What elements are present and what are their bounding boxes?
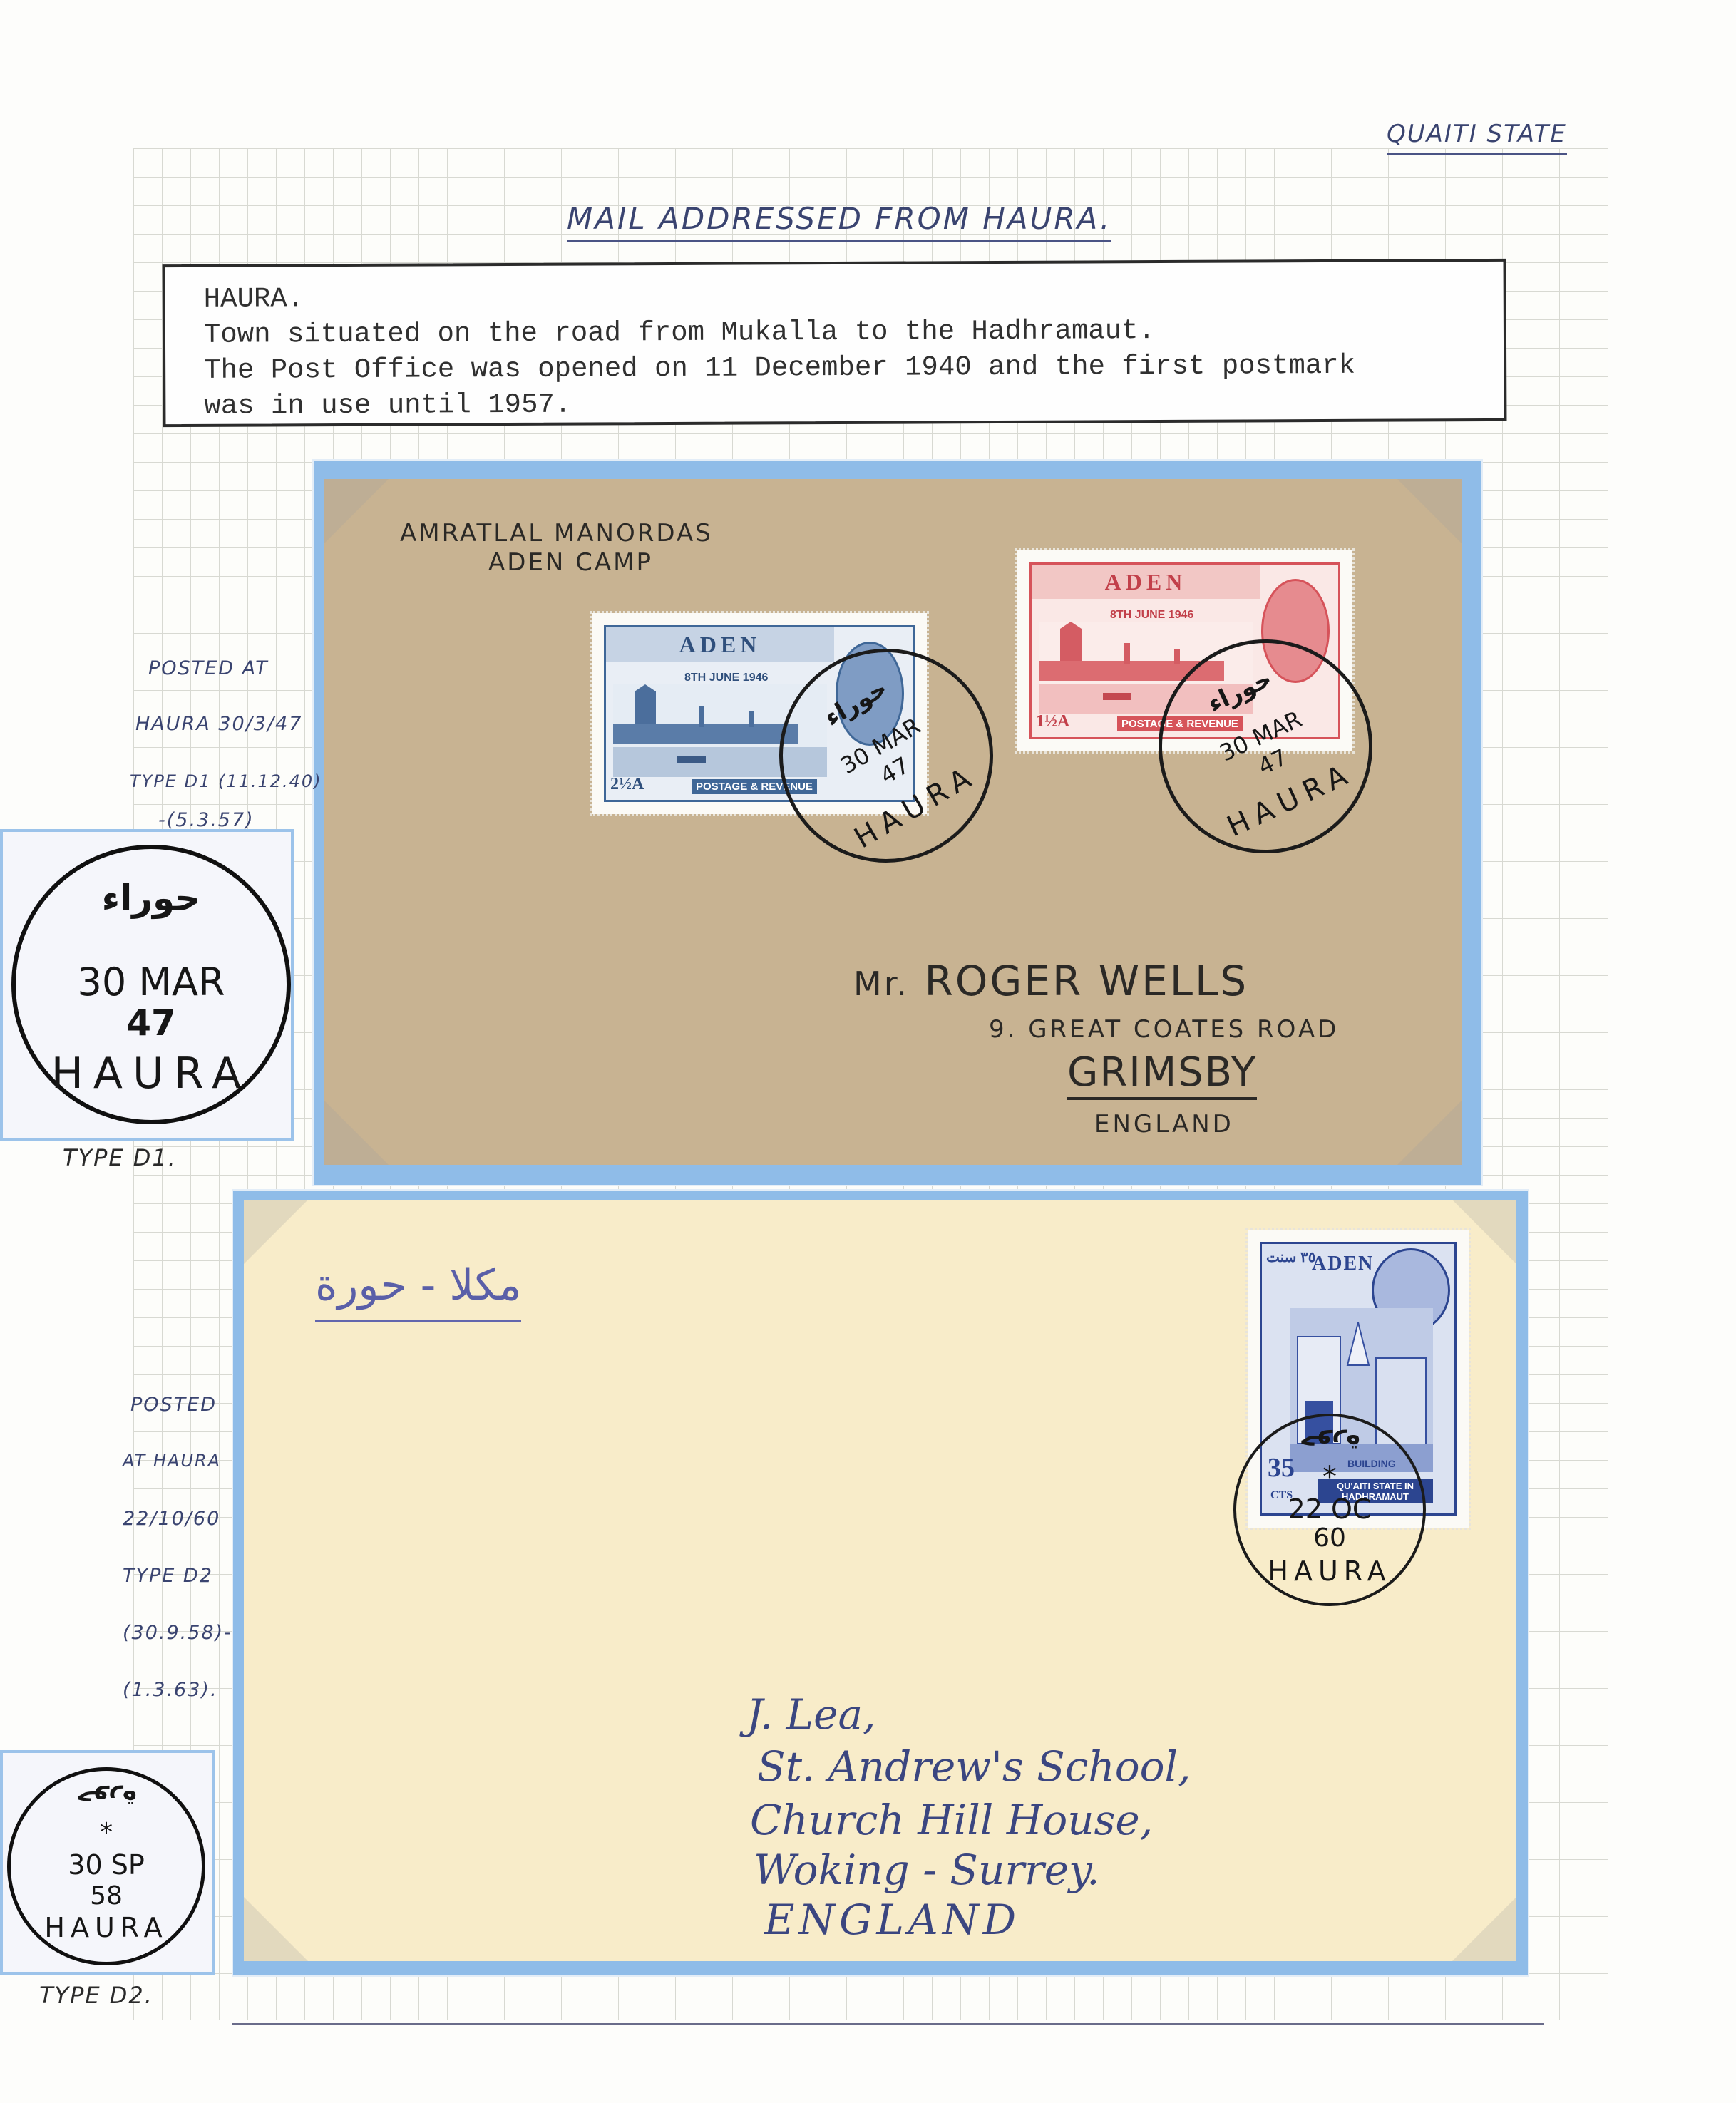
stamp-arabic-value: ٣٥ سنت bbox=[1266, 1248, 1315, 1266]
postmark-circle: حوراء 30 MAR 47 HAURA bbox=[11, 845, 291, 1124]
description-box: HAURA. Town situated on the road from Mu… bbox=[163, 259, 1507, 427]
arabic-handwritten-note: مكلا - حورة bbox=[315, 1260, 521, 1322]
addressee-line: J. Lea, bbox=[746, 1690, 875, 1739]
stamp-country: ADEN bbox=[606, 627, 834, 662]
annotation-line: TYPE D2 bbox=[123, 1565, 213, 1587]
sender-location: ADEN CAMP bbox=[488, 548, 653, 577]
postmark-arabic: حورة bbox=[11, 1785, 202, 1814]
addressee-city: GRIMSBY bbox=[1067, 1049, 1257, 1100]
stamp-issue-date: 8TH JUNE 1946 bbox=[684, 672, 768, 684]
postmark-arabic: حوراء bbox=[16, 878, 287, 919]
addressee-name: Mr. ROGER WELLS bbox=[853, 957, 1248, 1005]
annotation-line: AT HAURA bbox=[123, 1451, 221, 1471]
cover2[interactable]: مكلا - حورة ADEN ٣٥ سنت 35 CTS BUILDING … bbox=[244, 1200, 1516, 1961]
stamp-value: 1½A bbox=[1036, 712, 1069, 731]
photo-corner bbox=[1452, 1897, 1516, 1961]
postmark-date: 30 SP bbox=[11, 1849, 202, 1881]
annotation-line: HAURA 30/3/47 bbox=[135, 713, 302, 735]
postmark-year: 47 bbox=[16, 1002, 287, 1044]
annotation-line: (1.3.63). bbox=[123, 1679, 218, 1701]
photo-corner bbox=[1397, 1101, 1462, 1165]
annotation-line: TYPE D1 (11.12.40) bbox=[130, 771, 322, 791]
addressee-street: 9. GREAT COATES ROAD bbox=[989, 1015, 1339, 1044]
addressee-line: Woking - Surrey. bbox=[754, 1845, 1100, 1895]
sender-name: AMRATLAL MANORDAS bbox=[400, 519, 713, 547]
annotation-line: -(5.3.57) bbox=[158, 809, 255, 831]
addressee-prefix: Mr. bbox=[853, 965, 909, 1003]
postmark-star: * bbox=[1236, 1461, 1423, 1493]
photo-corner bbox=[324, 1101, 389, 1165]
postmark-star: * bbox=[11, 1818, 202, 1847]
postmark-arabic: حورة bbox=[1236, 1429, 1423, 1458]
postmark-year: 60 bbox=[1236, 1523, 1423, 1553]
photo-corner bbox=[324, 479, 389, 543]
stamp-value: 2½A bbox=[610, 775, 644, 794]
annotation-line: (30.9.58)- bbox=[123, 1622, 232, 1644]
photo-corner bbox=[244, 1897, 308, 1961]
annotation-line: 22/10/60 bbox=[123, 1508, 220, 1530]
annotation-line: POSTED AT bbox=[148, 657, 269, 679]
bottom-rule bbox=[232, 2023, 1544, 2025]
postmark-town: HAURA bbox=[16, 1049, 287, 1099]
postmark-town: HAURA bbox=[11, 1912, 202, 1943]
description-heading: HAURA. bbox=[204, 276, 1504, 317]
description-line: Town situated on the road from Mukalla t… bbox=[204, 312, 1504, 353]
postmark-date: 30 MAR bbox=[16, 960, 287, 1004]
addressee-line: ENGLAND bbox=[764, 1895, 1020, 1945]
postmark-year: 58 bbox=[11, 1881, 202, 1911]
addressee-line: St. Andrew's School, bbox=[757, 1742, 1191, 1791]
country-label: QUAITI STATE bbox=[1387, 120, 1567, 155]
postmark-type-label: TYPE D1. bbox=[63, 1144, 177, 1171]
stamp-country: ADEN bbox=[1032, 565, 1260, 599]
haura-postmark: حورة * 22 OC 60 HAURA bbox=[1233, 1414, 1426, 1606]
photo-corner bbox=[1397, 479, 1462, 543]
postmark-date: 22 OC bbox=[1236, 1493, 1423, 1525]
annotation-line: POSTED bbox=[130, 1394, 217, 1416]
postmark-type-d1-example: حوراء 30 MAR 47 HAURA bbox=[0, 829, 294, 1141]
postmark-circle: حورة * 30 SP 58 HAURA bbox=[7, 1767, 205, 1965]
stamp-issue-date: 8TH JUNE 1946 bbox=[1110, 609, 1193, 622]
addressee-country: ENGLAND bbox=[1094, 1110, 1234, 1138]
postmark-type-label: TYPE D2. bbox=[39, 1982, 153, 2009]
cover1[interactable]: AMRATLAL MANORDAS ADEN CAMP ADEN 8TH JUN… bbox=[324, 479, 1462, 1165]
description-line: The Post Office was opened on 11 Decembe… bbox=[204, 347, 1504, 389]
page-title: MAIL ADDRESSED FROM HAURA. bbox=[567, 201, 1111, 242]
postmark-town: HAURA bbox=[1236, 1556, 1423, 1587]
addressee-line: Church Hill House, bbox=[750, 1795, 1153, 1845]
postmark-type-d2-example: حورة * 30 SP 58 HAURA bbox=[0, 1750, 215, 1975]
stamp-country: ADEN bbox=[1312, 1247, 1369, 1281]
description-line: was in use until 1957. bbox=[204, 383, 1504, 424]
addressee-surname: ROGER WELLS bbox=[924, 957, 1248, 1005]
photo-corner bbox=[244, 1200, 308, 1264]
